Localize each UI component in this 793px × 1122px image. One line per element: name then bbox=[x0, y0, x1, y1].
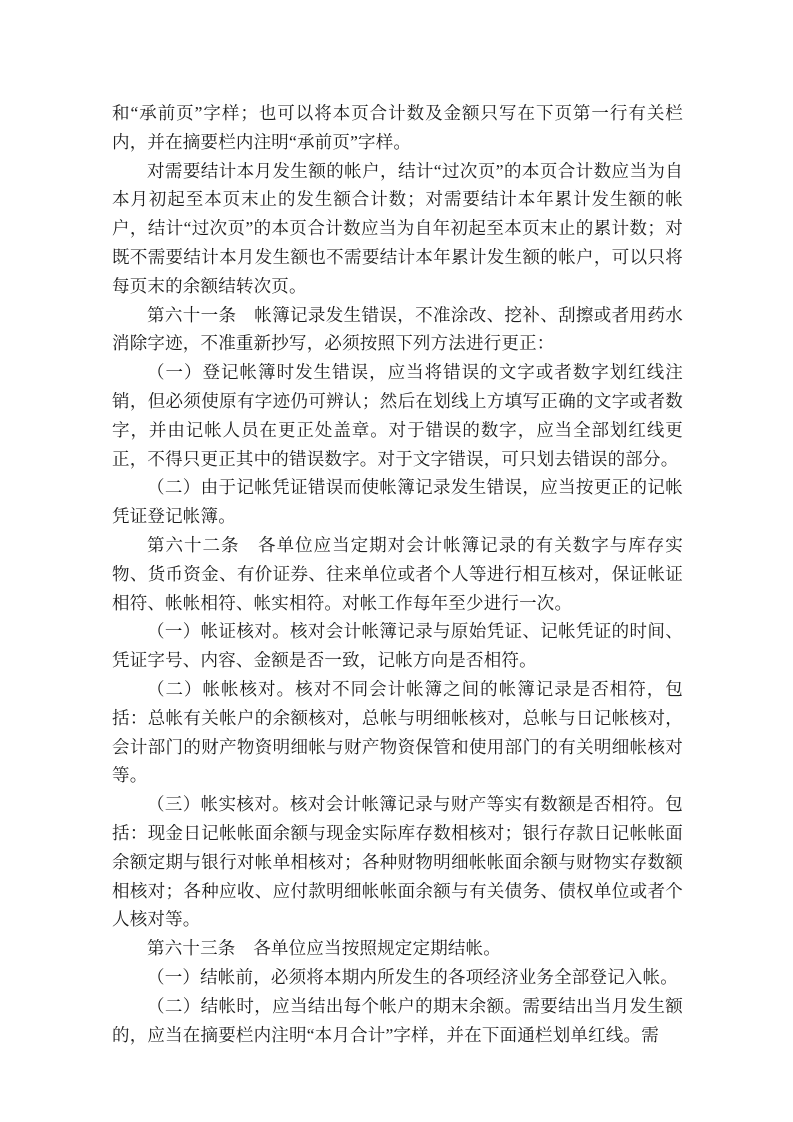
paragraph: 对需要结计本月发生额的帐户，结计“过次页”的本页合计数应当为自本月初起至本页末止… bbox=[112, 157, 683, 301]
document-page: 和“承前页”字样；也可以将本页合计数及金额只写在下页第一行有关栏内，并在摘要栏内… bbox=[0, 0, 793, 1122]
paragraph: （三）帐实核对。核对会计帐簿记录与财产等实有数额是否相符。包括：现金日记帐帐面余… bbox=[112, 790, 683, 934]
paragraph: （二）由于记帐凭证错误而使帐簿记录发生错误，应当按更正的记帐凭证登记帐簿。 bbox=[112, 473, 683, 531]
text-block: 和“承前页”字样；也可以将本页合计数及金额只写在下页第一行有关栏内，并在摘要栏内… bbox=[112, 99, 683, 1049]
paragraph: （一）登记帐簿时发生错误，应当将错误的文字或者数字划红线注销，但必须使原有字迹仍… bbox=[112, 358, 683, 473]
paragraph: （一）帐证核对。核对会计帐簿记录与原始凭证、记帐凭证的时间、凭证字号、内容、金额… bbox=[112, 617, 683, 675]
paragraph: 和“承前页”字样；也可以将本页合计数及金额只写在下页第一行有关栏内，并在摘要栏内… bbox=[112, 99, 683, 157]
paragraph: 第六十三条 各单位应当按照规定定期结帐。 bbox=[112, 934, 683, 963]
paragraph: 第六十二条 各单位应当定期对会计帐簿记录的有关数字与库存实物、货币资金、有价证券… bbox=[112, 531, 683, 617]
paragraph: （二）结帐时，应当结出每个帐户的期末余额。需要结出当月发生额的，应当在摘要栏内注… bbox=[112, 992, 683, 1050]
paragraph: （一）结帐前，必须将本期内所发生的各项经济业务全部登记入帐。 bbox=[112, 963, 683, 992]
paragraph: 第六十一条 帐簿记录发生错误，不准涂改、挖补、刮擦或者用药水消除字迹，不准重新抄… bbox=[112, 301, 683, 359]
paragraph: （二）帐帐核对。核对不同会计帐簿之间的帐簿记录是否相符，包括：总帐有关帐户的余额… bbox=[112, 675, 683, 790]
